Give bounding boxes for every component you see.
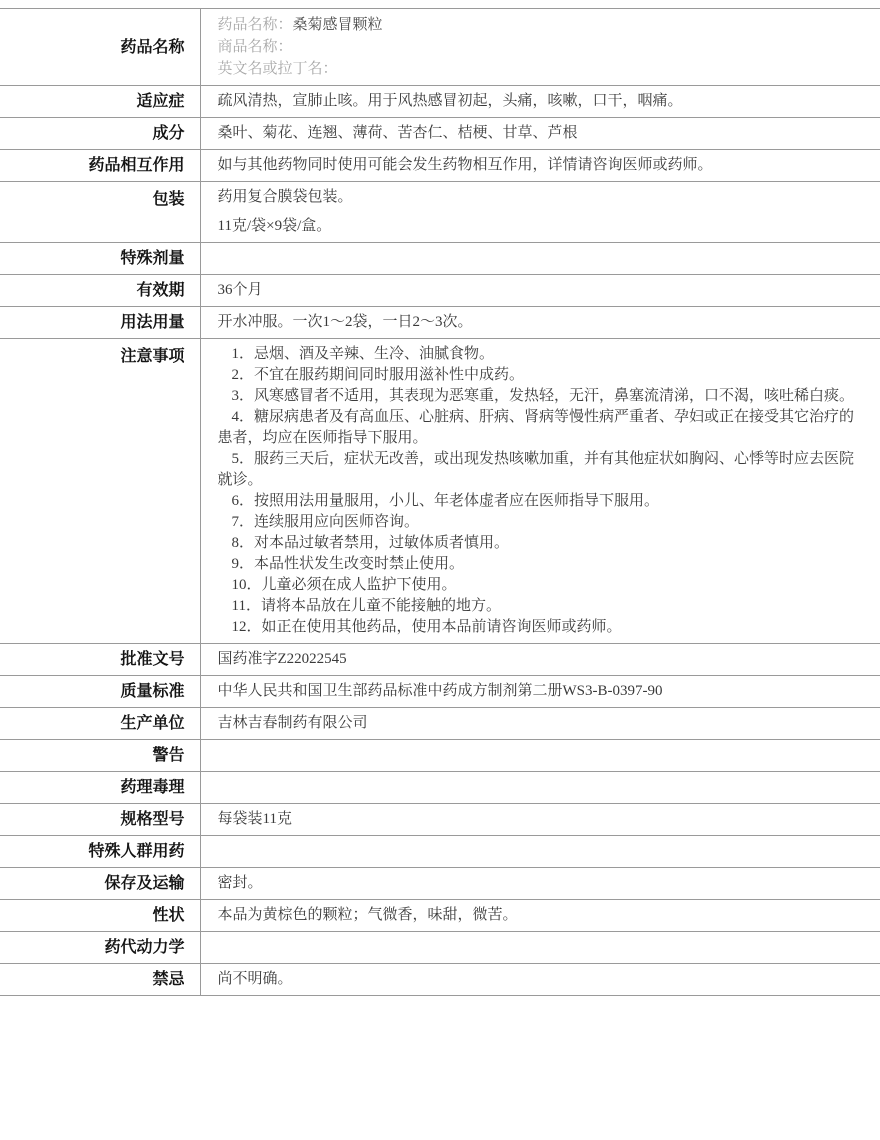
value-warnings bbox=[200, 740, 880, 772]
row-specification: 规格型号 每袋装11克 bbox=[0, 804, 880, 836]
value-approval-number: 国药准字Z22022545 bbox=[200, 644, 880, 676]
row-properties: 性状 本品为黄棕色的颗粒；气微香，味甜，微苦。 bbox=[0, 900, 880, 932]
row-indications: 适应症 疏风清热，宣肺止咳。用于风热感冒初起，头痛，咳嗽，口干，咽痛。 bbox=[0, 86, 880, 118]
precaution-item: 2．不宜在服药期间同时服用滋补性中成药。 bbox=[218, 365, 869, 386]
row-dosage-usage: 用法用量 开水冲服。一次1～2袋，一日2～3次。 bbox=[0, 307, 880, 339]
value-special-populations bbox=[200, 836, 880, 868]
value-contraindications: 尚不明确。 bbox=[200, 964, 880, 996]
row-quality-standard: 质量标准 中华人民共和国卫生部药品标准中药成方制剂第二册WS3-B-0397-9… bbox=[0, 676, 880, 708]
value-indications: 疏风清热，宣肺止咳。用于风热感冒初起，头痛，咳嗽，口干，咽痛。 bbox=[200, 86, 880, 118]
drug-name-line: 药品名称：桑菊感冒颗粒 bbox=[218, 14, 869, 36]
precaution-item: 5．服药三天后，症状无改善，或出现发热咳嗽加重，并有其他症状如胸闷、心悸等时应去… bbox=[218, 449, 869, 491]
label-properties: 性状 bbox=[0, 900, 200, 932]
precaution-item: 10．儿童必须在成人监护下使用。 bbox=[218, 575, 869, 596]
value-pharmacokinetics bbox=[200, 932, 880, 964]
row-ingredients: 成分 桑叶、菊花、连翘、薄荷、苦杏仁、桔梗、甘草、芦根 bbox=[0, 118, 880, 150]
precaution-item: 4．糖尿病患者及有高血压、心脏病、肝病、肾病等慢性病严重者、孕妇或正在接受其它治… bbox=[218, 407, 869, 449]
precaution-item: 3．风寒感冒者不适用，其表现为恶寒重，发热轻，无汗，鼻塞流清涕，口不渴，咳吐稀白… bbox=[218, 386, 869, 407]
label-shelf-life: 有效期 bbox=[0, 275, 200, 307]
label-special-dosage: 特殊剂量 bbox=[0, 243, 200, 275]
label-storage-transport: 保存及运输 bbox=[0, 868, 200, 900]
row-special-dosage: 特殊剂量 bbox=[0, 243, 880, 275]
precaution-item: 9．本品性状发生改变时禁止使用。 bbox=[218, 554, 869, 575]
value-storage-transport: 密封。 bbox=[200, 868, 880, 900]
precaution-item: 11．请将本品放在儿童不能接触的地方。 bbox=[218, 596, 869, 617]
latin-name-field-label: 英文名或拉丁名： bbox=[218, 61, 338, 77]
label-dosage-usage: 用法用量 bbox=[0, 307, 200, 339]
row-warnings: 警告 bbox=[0, 740, 880, 772]
latin-name-line: 英文名或拉丁名： bbox=[218, 58, 869, 80]
row-storage-transport: 保存及运输 密封。 bbox=[0, 868, 880, 900]
value-shelf-life: 36个月 bbox=[200, 275, 880, 307]
label-drug-interactions: 药品相互作用 bbox=[0, 150, 200, 182]
value-precautions: 1．忌烟、酒及辛辣、生冷、油腻食物。 2．不宜在服药期间同时服用滋补性中成药。 … bbox=[200, 339, 880, 644]
value-dosage-usage: 开水冲服。一次1～2袋，一日2～3次。 bbox=[200, 307, 880, 339]
row-special-populations: 特殊人群用药 bbox=[0, 836, 880, 868]
row-shelf-life: 有效期 36个月 bbox=[0, 275, 880, 307]
label-warnings: 警告 bbox=[0, 740, 200, 772]
label-ingredients: 成分 bbox=[0, 118, 200, 150]
value-packaging: 药用复合膜袋包装。 11克/袋×9袋/盒。 bbox=[200, 182, 880, 243]
label-pharmacokinetics: 药代动力学 bbox=[0, 932, 200, 964]
value-ingredients: 桑叶、菊花、连翘、薄荷、苦杏仁、桔梗、甘草、芦根 bbox=[200, 118, 880, 150]
label-manufacturer: 生产单位 bbox=[0, 708, 200, 740]
row-drug-name: 药品名称 药品名称：桑菊感冒颗粒 商品名称： 英文名或拉丁名： bbox=[0, 9, 880, 86]
precaution-item: 7．连续服用应向医师咨询。 bbox=[218, 512, 869, 533]
label-precautions: 注意事项 bbox=[0, 339, 200, 644]
row-pharmacokinetics: 药代动力学 bbox=[0, 932, 880, 964]
row-packaging: 包装 药用复合膜袋包装。 11克/袋×9袋/盒。 bbox=[0, 182, 880, 243]
row-manufacturer: 生产单位 吉林吉春制药有限公司 bbox=[0, 708, 880, 740]
value-special-dosage bbox=[200, 243, 880, 275]
label-packaging: 包装 bbox=[0, 182, 200, 243]
label-approval-number: 批准文号 bbox=[0, 644, 200, 676]
label-special-populations: 特殊人群用药 bbox=[0, 836, 200, 868]
drug-name-field-label: 药品名称： bbox=[218, 17, 293, 33]
packaging-line: 11克/袋×9袋/盒。 bbox=[218, 216, 869, 237]
value-quality-standard: 中华人民共和国卫生部药品标准中药成方制剂第二册WS3-B-0397-90 bbox=[200, 676, 880, 708]
label-drug-name: 药品名称 bbox=[0, 9, 200, 86]
drug-info-sheet: 药品名称 药品名称：桑菊感冒颗粒 商品名称： 英文名或拉丁名： 适应症 疏风清热… bbox=[0, 0, 880, 996]
packaging-line: 药用复合膜袋包装。 bbox=[218, 187, 869, 208]
value-manufacturer: 吉林吉春制药有限公司 bbox=[200, 708, 880, 740]
label-quality-standard: 质量标准 bbox=[0, 676, 200, 708]
drug-name-value: 桑菊感冒颗粒 bbox=[293, 17, 383, 33]
value-drug-name: 药品名称：桑菊感冒颗粒 商品名称： 英文名或拉丁名： bbox=[200, 9, 880, 86]
value-specification: 每袋装11克 bbox=[200, 804, 880, 836]
precaution-item: 6．按照用法用量服用，小儿、年老体虚者应在医师指导下服用。 bbox=[218, 491, 869, 512]
precaution-item: 1．忌烟、酒及辛辣、生冷、油腻食物。 bbox=[218, 344, 869, 365]
precaution-item: 12．如正在使用其他药品，使用本品前请咨询医师或药师。 bbox=[218, 617, 869, 638]
trade-name-field-label: 商品名称： bbox=[218, 39, 293, 55]
trade-name-line: 商品名称： bbox=[218, 36, 869, 58]
drug-info-table: 药品名称 药品名称：桑菊感冒颗粒 商品名称： 英文名或拉丁名： 适应症 疏风清热… bbox=[0, 8, 880, 996]
label-pharmacology-toxicology: 药理毒理 bbox=[0, 772, 200, 804]
label-indications: 适应症 bbox=[0, 86, 200, 118]
row-pharmacology-toxicology: 药理毒理 bbox=[0, 772, 880, 804]
precaution-item: 8．对本品过敏者禁用，过敏体质者慎用。 bbox=[218, 533, 869, 554]
row-approval-number: 批准文号 国药准字Z22022545 bbox=[0, 644, 880, 676]
row-contraindications: 禁忌 尚不明确。 bbox=[0, 964, 880, 996]
label-contraindications: 禁忌 bbox=[0, 964, 200, 996]
row-drug-interactions: 药品相互作用 如与其他药物同时使用可能会发生药物相互作用，详情请咨询医师或药师。 bbox=[0, 150, 880, 182]
label-specification: 规格型号 bbox=[0, 804, 200, 836]
value-pharmacology-toxicology bbox=[200, 772, 880, 804]
value-properties: 本品为黄棕色的颗粒；气微香，味甜，微苦。 bbox=[200, 900, 880, 932]
row-precautions: 注意事项 1．忌烟、酒及辛辣、生冷、油腻食物。 2．不宜在服药期间同时服用滋补性… bbox=[0, 339, 880, 644]
value-drug-interactions: 如与其他药物同时使用可能会发生药物相互作用，详情请咨询医师或药师。 bbox=[200, 150, 880, 182]
